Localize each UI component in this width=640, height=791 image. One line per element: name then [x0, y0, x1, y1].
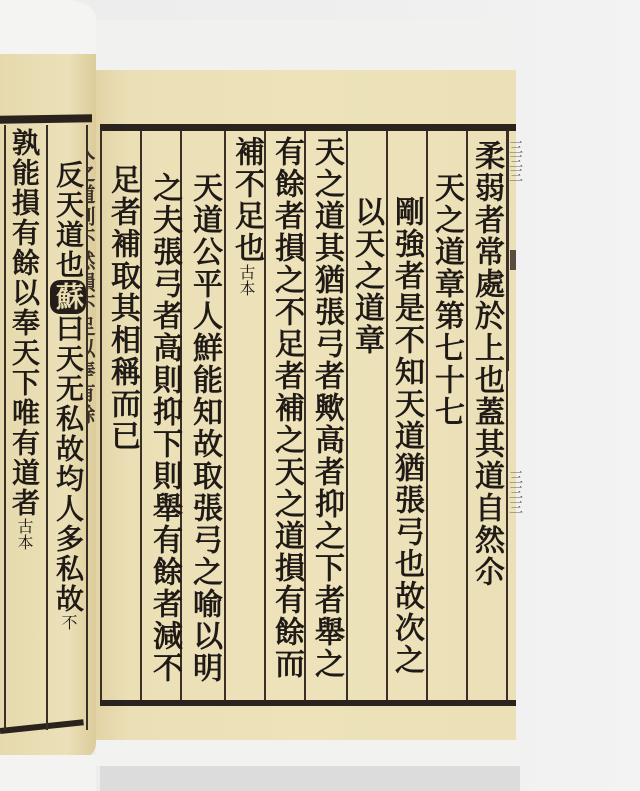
right-page-top-margin	[96, 20, 516, 72]
right-page: 三三三 三三三 柔弱者常處於上也蓋其道自然尒 天之道章第七十七 剛強者是不知天道…	[96, 0, 520, 791]
text-column-partial: 人之道則不然損不足以奉有餘	[86, 140, 96, 426]
column-text-after: 曰天无私故均人多私故	[52, 314, 85, 614]
text-column: 孰能損有餘以奉天下唯有道者古本	[6, 128, 42, 550]
frame-top-rule	[100, 124, 516, 131]
annotation-note: 古本	[237, 264, 256, 296]
column-divider	[140, 131, 142, 700]
frame-bottom-rule	[100, 700, 516, 706]
column-text: 之夫張弓者高則抑下則舉有餘者減不	[147, 172, 182, 684]
annotation-note: 不	[59, 614, 78, 630]
header-edge-ticks: 三三三	[505, 140, 525, 182]
text-column-6: 有餘者損之不足者補之天之道損有餘而	[268, 136, 304, 680]
text-column-10: 足者補取其相稱而已	[104, 164, 140, 452]
column-text: 有餘者損之不足者補之天之道損有餘而	[269, 136, 304, 680]
column-divider	[264, 131, 266, 700]
text-column-4: 以天之道章	[348, 196, 384, 356]
chapter-title: 天之道章第七十七	[429, 172, 464, 428]
text-column-1: 柔弱者常處於上也蓋其道自然尒	[468, 140, 504, 588]
text-column-3: 剛強者是不知天道猶張弓也故次之	[388, 196, 424, 676]
text-column-9: 之夫張弓者高則抑下則舉有餘者減不	[146, 172, 182, 684]
column-text: 柔弱者常處於上也蓋其道自然尒	[469, 140, 504, 588]
column-text: 剛強者是不知天道猶張弓也故次之	[389, 196, 424, 676]
annotation-note: 古本	[15, 518, 34, 550]
commentator-seal-mark: 蘇	[50, 280, 86, 314]
right-page-bottom-margin	[96, 740, 520, 766]
column-text: 反天道也	[52, 160, 85, 280]
left-page-top-margin	[0, 0, 96, 56]
column-text: 足者補取其相稱而已	[105, 164, 140, 452]
column-text: 孰能損有餘以奉天下唯有道者	[8, 128, 41, 518]
text-column: 反天道也蘇曰天无私故均人多私故不	[50, 160, 86, 630]
column-text: 補不足也	[229, 136, 264, 264]
text-column-8: 天道公平人鮮能知故取張弓之喻以明	[186, 172, 222, 684]
column-text: 人之道則不然損不足以奉有餘	[86, 140, 96, 426]
column-divider	[100, 131, 102, 700]
column-text: 以天之道章	[349, 196, 384, 356]
column-divider	[304, 131, 306, 700]
left-page-top-rule	[0, 114, 92, 124]
chapter-title-column: 天之道章第七十七	[428, 172, 464, 428]
fishtail-mark	[510, 250, 516, 270]
page-number: 三三三	[505, 470, 525, 515]
left-page: 孰能損有餘以奉天下唯有道者古本 反天道也蘇曰天无私故均人多私故不 人之道則不然損…	[0, 0, 96, 791]
text-column-5: 天之道其猶張弓者歟高者抑之下者舉之	[308, 136, 344, 680]
text-column-7: 補不足也古本	[228, 136, 264, 296]
left-page-bottom-margin	[0, 755, 96, 791]
column-text: 天道公平人鮮能知故取張弓之喻以明	[187, 172, 222, 684]
column-divider	[224, 131, 226, 700]
column-text: 天之道其猶張弓者歟高者抑之下者舉之	[309, 136, 344, 680]
column-divider	[46, 125, 48, 730]
